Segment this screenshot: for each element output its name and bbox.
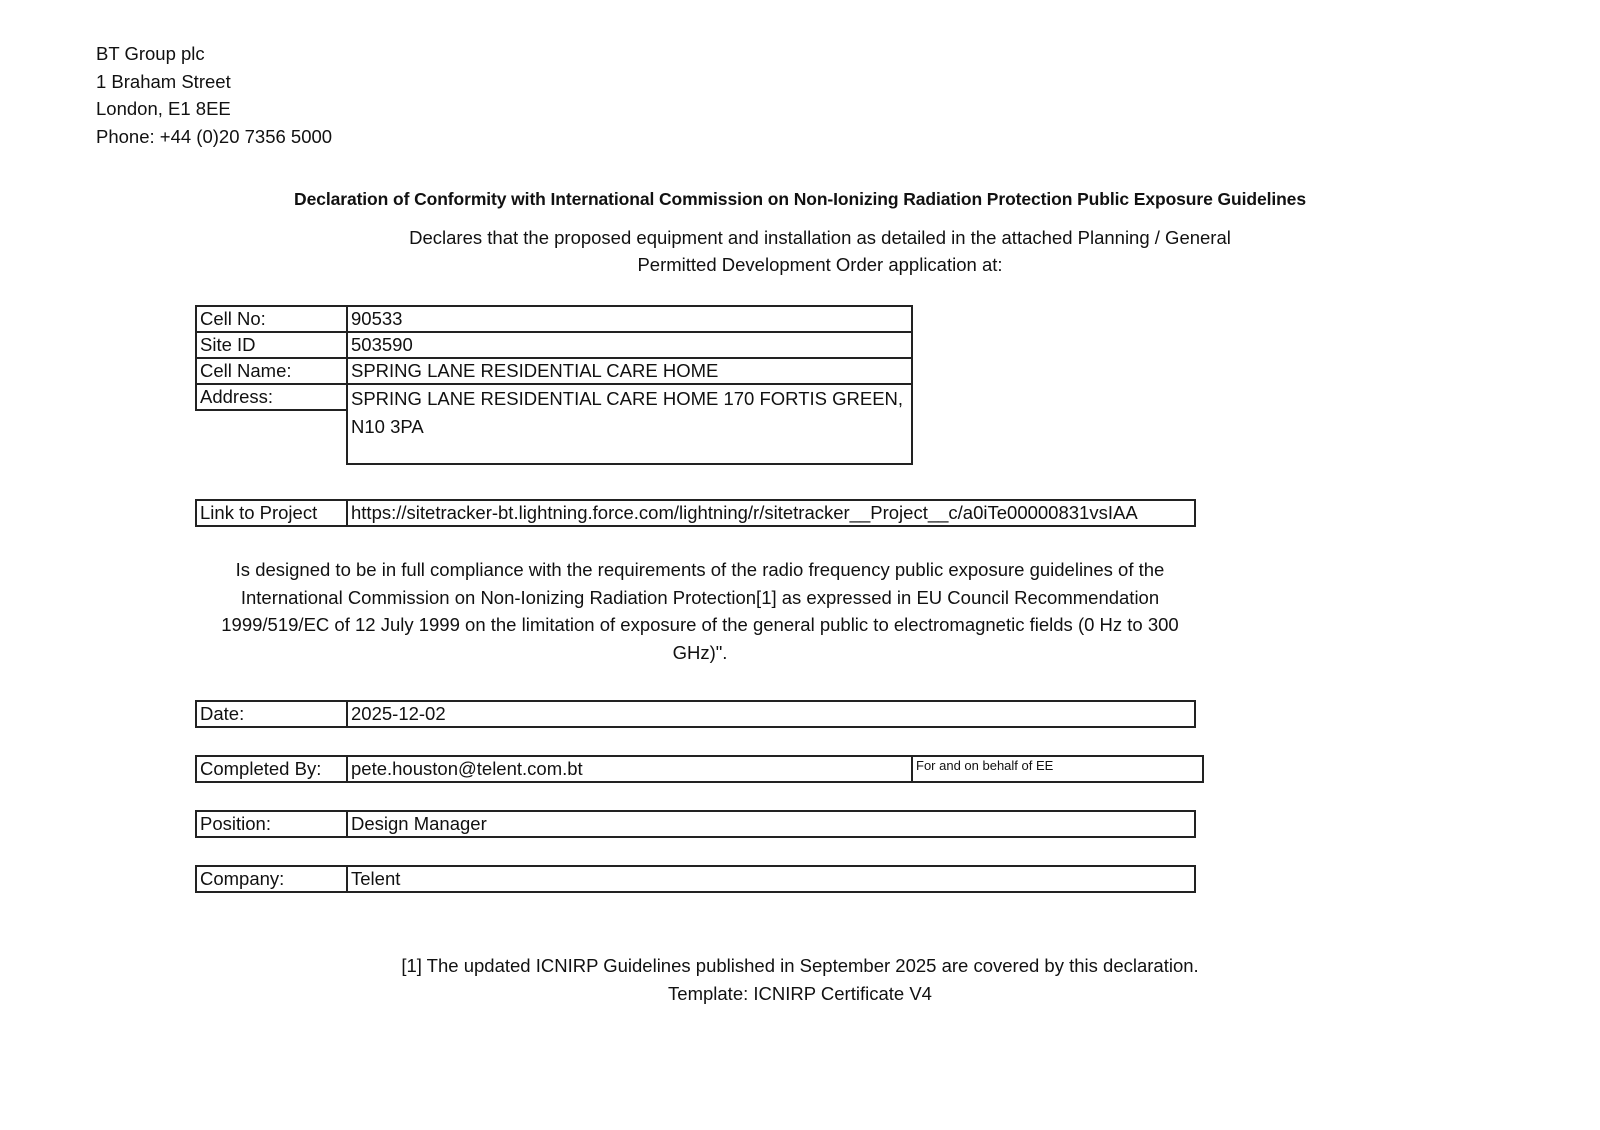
cell-no-label: Cell No: [196, 306, 347, 332]
link-label: Link to Project [196, 500, 347, 526]
position-label: Position: [196, 811, 347, 837]
footnote-text: [1] The updated ICNIRP Guidelines publis… [0, 952, 1600, 980]
date-value: 2025-12-02 [347, 701, 1195, 727]
completed-by-table: Completed By: pete.houston@telent.com.bt… [195, 755, 1204, 783]
project-link[interactable]: https://sitetracker-bt.lightning.force.c… [347, 500, 1195, 526]
compliance-statement: Is designed to be in full compliance wit… [200, 556, 1200, 666]
date-table: Date: 2025-12-02 [195, 700, 1196, 728]
cell-no-value: 90533 [347, 306, 912, 332]
completed-by-value: pete.houston@telent.com.bt [347, 756, 912, 782]
table-row: Address: SPRING LANE RESIDENTIAL CARE HO… [196, 384, 912, 410]
project-link-table: Link to Project https://sitetracker-bt.l… [195, 499, 1196, 527]
company-street: 1 Braham Street [96, 68, 332, 96]
behalf-note: For and on behalf of EE [912, 756, 1203, 782]
table-row: Company: Telent [196, 866, 1195, 892]
table-row: Cell Name: SPRING LANE RESIDENTIAL CARE … [196, 358, 912, 384]
table-row: Position: Design Manager [196, 811, 1195, 837]
empty-cell [196, 410, 347, 464]
table-row: Link to Project https://sitetracker-bt.l… [196, 500, 1195, 526]
company-phone: Phone: +44 (0)20 7356 5000 [96, 123, 332, 151]
intro-statement: Declares that the proposed equipment and… [380, 224, 1260, 278]
company-label: Company: [196, 866, 347, 892]
site-id-value: 503590 [347, 332, 912, 358]
company-address-block: BT Group plc 1 Braham Street London, E1 … [96, 40, 332, 150]
cell-name-label: Cell Name: [196, 358, 347, 384]
document-title: Declaration of Conformity with Internati… [0, 189, 1600, 210]
company-value: Telent [347, 866, 1195, 892]
template-version: Template: ICNIRP Certificate V4 [0, 980, 1600, 1008]
position-table: Position: Design Manager [195, 810, 1196, 838]
table-row: Date: 2025-12-02 [196, 701, 1195, 727]
cell-name-value: SPRING LANE RESIDENTIAL CARE HOME [347, 358, 912, 384]
footnote-block: [1] The updated ICNIRP Guidelines publis… [0, 952, 1600, 1008]
date-label: Date: [196, 701, 347, 727]
site-id-label: Site ID [196, 332, 347, 358]
company-city: London, E1 8EE [96, 95, 332, 123]
table-row: Site ID 503590 [196, 332, 912, 358]
address-value: SPRING LANE RESIDENTIAL CARE HOME 170 FO… [347, 384, 912, 464]
table-row: Completed By: pete.houston@telent.com.bt… [196, 756, 1203, 782]
site-details-table: Cell No: 90533 Site ID 503590 Cell Name:… [195, 305, 913, 465]
company-table: Company: Telent [195, 865, 1196, 893]
company-name: BT Group plc [96, 40, 332, 68]
position-value: Design Manager [347, 811, 1195, 837]
completed-by-label: Completed By: [196, 756, 347, 782]
address-label: Address: [196, 384, 347, 410]
table-row: Cell No: 90533 [196, 306, 912, 332]
